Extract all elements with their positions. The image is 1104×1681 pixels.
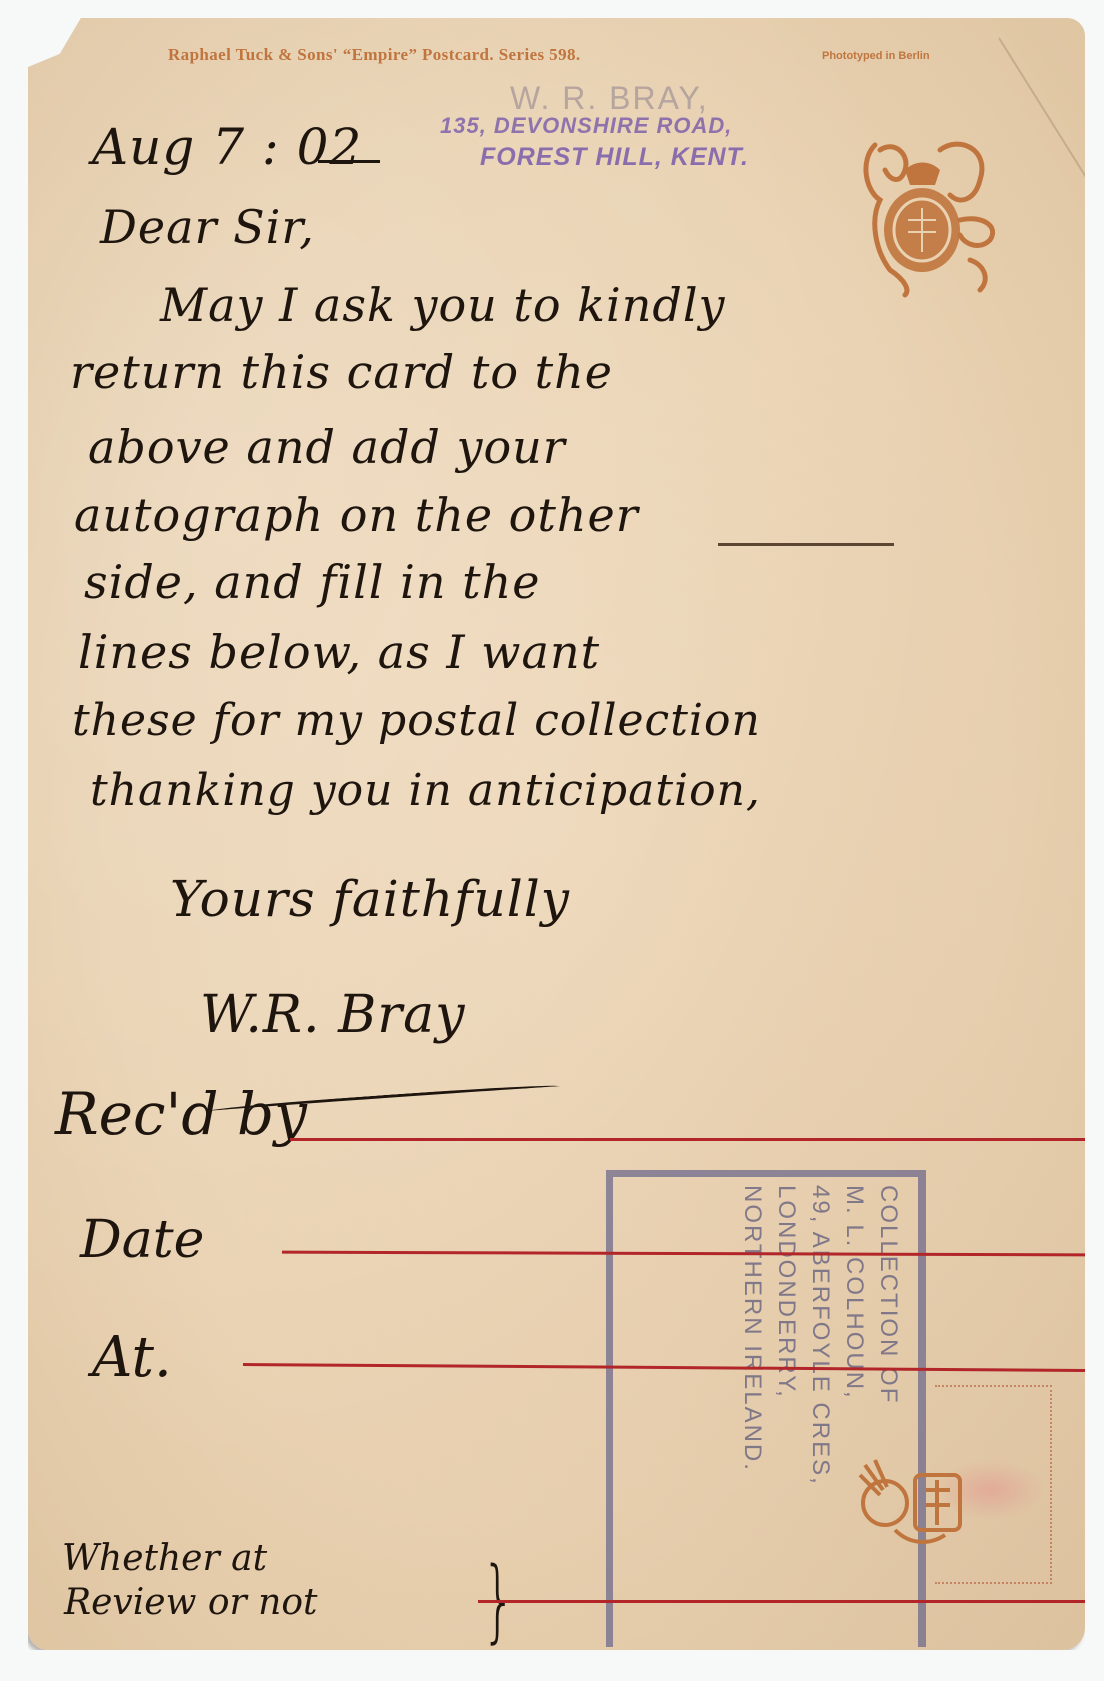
collection-stamp-line: COLLECTION OF (871, 1185, 905, 1486)
collection-stamp-line: LONDONDERRY, (769, 1185, 803, 1486)
sender-address-line1: 135, DEVONSHIRE ROAD, (440, 113, 749, 139)
form-label-whether-review-line2: Review or not (64, 1582, 317, 1623)
sender-name: W. R. BRAY, (510, 80, 749, 117)
collection-stamp-line: M. L. COLHOUN, (837, 1185, 871, 1486)
crest-stamp-icon (855, 1455, 975, 1550)
letter-closing: Yours faithfully (170, 870, 570, 928)
letter-salutation: Dear Sir, (100, 200, 315, 254)
review-field[interactable] (478, 1600, 1085, 1603)
card-crease (998, 37, 1104, 208)
form-label-received-by: Rec'd by (55, 1080, 307, 1148)
letter-line: thanking you in anticipation, (90, 765, 761, 816)
date-underline (318, 160, 380, 163)
letter-line: these for my postal collection (72, 695, 761, 746)
form-label-date: Date (80, 1210, 204, 1270)
letter-line: autograph on the other (74, 488, 639, 542)
royal-coat-of-arms-icon (850, 130, 1010, 300)
collection-stamp-line: 49, ABERFOYLE CRES, (803, 1185, 837, 1486)
letter-date: Aug 7 : 02 (92, 118, 362, 176)
letter-line: May I ask you to kindly (160, 278, 726, 332)
received-by-field[interactable] (290, 1138, 1085, 1141)
letter-line: lines below, as I want (78, 625, 600, 679)
underline-other (718, 543, 894, 546)
publisher-imprint: Phototyped in Berlin (822, 50, 930, 62)
sender-address-stamp: W. R. BRAY, 135, DEVONSHIRE ROAD, FOREST… (440, 80, 749, 172)
form-label-whether-review-line1: Whether at (62, 1538, 267, 1579)
letter-signature: W.R. Bray (200, 985, 466, 1045)
letter-line: above and add your (88, 420, 566, 474)
letter-line: side, and fill in the (84, 555, 540, 609)
sender-address-line2: FOREST HILL, KENT. (480, 143, 749, 172)
publisher-header: Raphael Tuck & Sons' “Empire” Postcard. … (168, 45, 581, 65)
form-label-at: At. (92, 1325, 172, 1390)
collection-stamp-line: NORTHERN IRELAND. (735, 1185, 769, 1486)
letter-line: return this card to the (70, 345, 613, 399)
